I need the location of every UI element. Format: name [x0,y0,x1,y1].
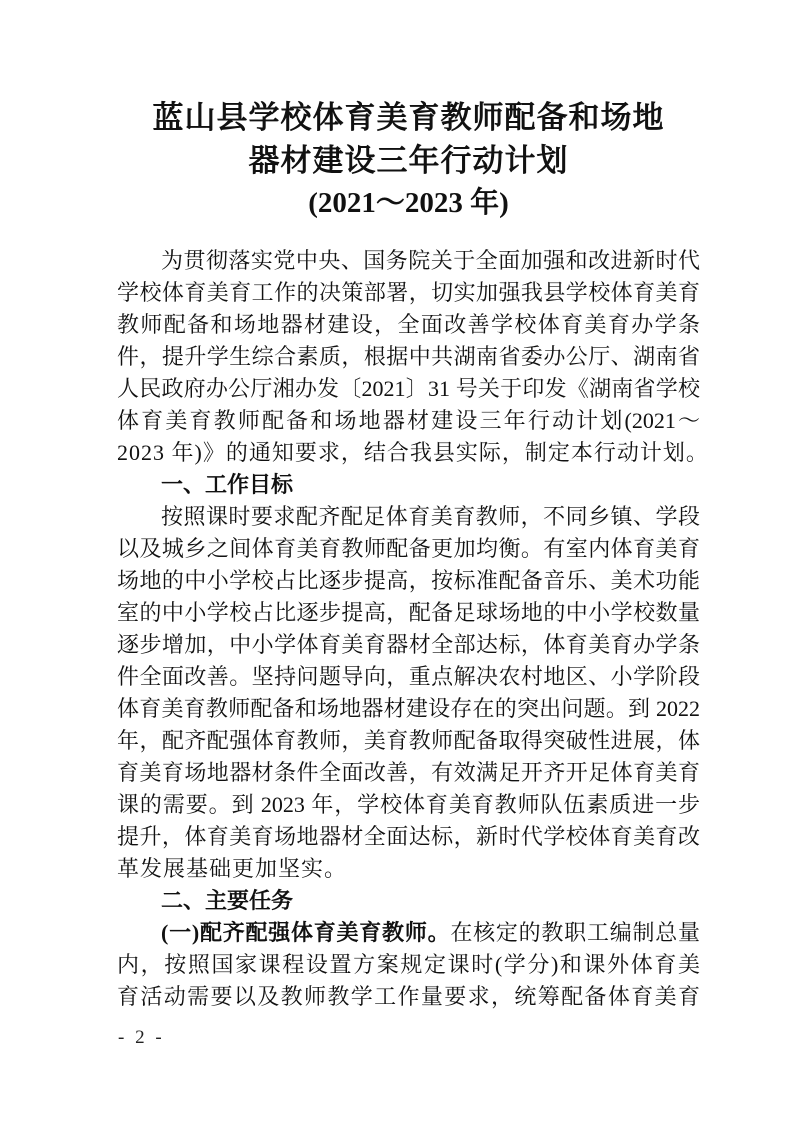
section-heading: 二、主要任务 [117,885,700,917]
text-line: 人民政府办公厅湘办发〔2021〕31 号关于印发《湖南省学校 [117,373,700,405]
text-line: 按照课时要求配齐配足体育美育教师，不同乡镇、学段 [117,501,700,533]
text-line: 件全面改善。坚持问题导向，重点解决农村地区、小学阶段 [117,661,700,693]
text-line: 为贯彻落实党中央、国务院关于全面加强和改进新时代 [117,245,700,277]
text-line: 体育美育教师配备和场地器材建设三年行动计划(2021～ [117,405,700,437]
page-number: - 2 - [118,1026,165,1050]
text-line: 以及城乡之间体育美育教师配备更加均衡。有室内体育美育 [117,533,700,565]
title-line-years: (2021～2023 年) [117,182,700,225]
text-line: 教师配备和场地器材建设，全面改善学校体育美育办学条 [117,309,700,341]
text-line: 2023 年)》的通知要求，结合我县实际，制定本行动计划。 [117,437,700,469]
text-line: 逐步增加，中小学体育美育器材全部达标，体育美育办学条 [117,629,700,661]
title-line-1: 蓝山县学校体育美育教师配备和场地 [117,96,700,139]
text-line: 育活动需要以及教师教学工作量要求，统筹配备体育美育 [117,981,700,1013]
document-title: 蓝山县学校体育美育教师配备和场地 器材建设三年行动计划 (2021～2023 年… [117,96,700,225]
document-page: 蓝山县学校体育美育教师配备和场地 器材建设三年行动计划 (2021～2023 年… [0,0,793,1122]
text-line: 年，配齐配强体育教师，美育教师配备取得突破性进展，体 [117,725,700,757]
text-line: 体育美育教师配备和场地器材建设存在的突出问题。到 2022 [117,693,700,725]
text-line: (一)配齐配强体育美育教师。在核定的教职工编制总量 [117,917,700,949]
text-line: 课的需要。到 2023 年，学校体育美育教师队伍素质进一步 [117,789,700,821]
text-line: 提升，体育美育场地器材全面达标，新时代学校体育美育改 [117,821,700,853]
text-line: 学校体育美育工作的决策部署，切实加强我县学校体育美育 [117,277,700,309]
text-line: 件，提升学生综合素质，根据中共湖南省委办公厅、湖南省 [117,341,700,373]
text-line: 革发展基础更加坚实。 [117,853,700,885]
title-line-2: 器材建设三年行动计划 [117,139,700,182]
text-line: 室的中小学校占比逐步提高，配备足球场地的中小学校数量 [117,597,700,629]
document-body: 为贯彻落实党中央、国务院关于全面加强和改进新时代学校体育美育工作的决策部署，切实… [117,245,700,1013]
text-line: 育美育场地器材条件全面改善，有效满足开齐开足体育美育 [117,757,700,789]
section-heading: 一、工作目标 [117,469,700,501]
text-line: 场地的中小学校占比逐步提高，按标准配备音乐、美术功能 [117,565,700,597]
text-line: 内，按照国家课程设置方案规定课时(学分)和课外体育美 [117,949,700,981]
bold-lead-text: (一)配齐配强体育美育教师。 [161,920,450,945]
